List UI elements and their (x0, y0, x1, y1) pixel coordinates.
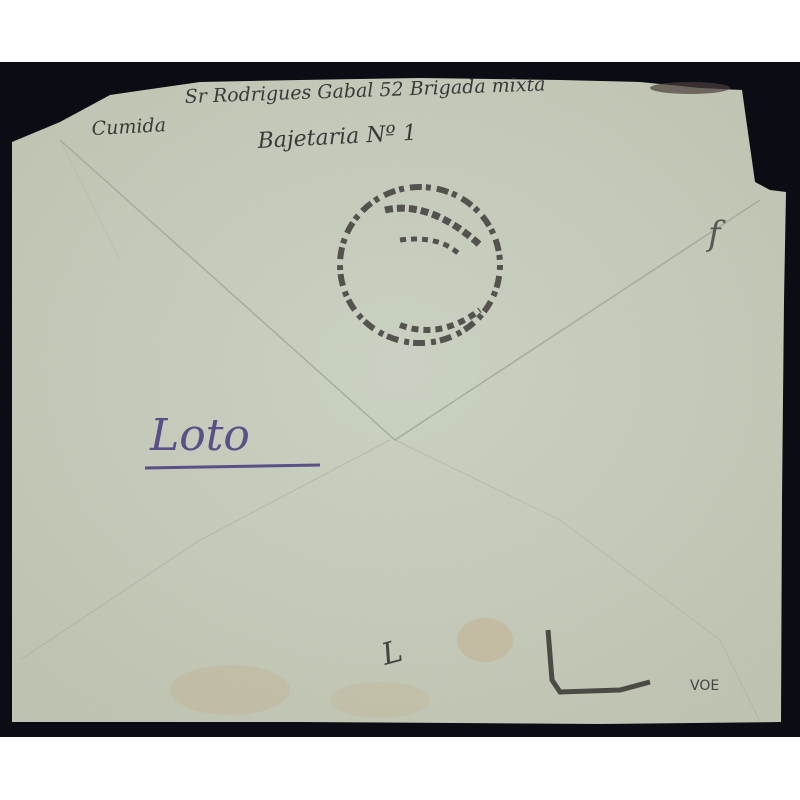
sender-line2-left: Cumida (91, 114, 166, 140)
photo-stage: Sr Rodrigues Gabal 52 Brigada mixta Cumi… (0, 0, 800, 800)
envelope (12, 78, 786, 724)
bottom-right-note: VOE (690, 678, 719, 694)
envelope-graphic: Sr Rodrigues Gabal 52 Brigada mixta Cumi… (0, 0, 800, 800)
svg-text:Loto: Loto (149, 410, 250, 461)
